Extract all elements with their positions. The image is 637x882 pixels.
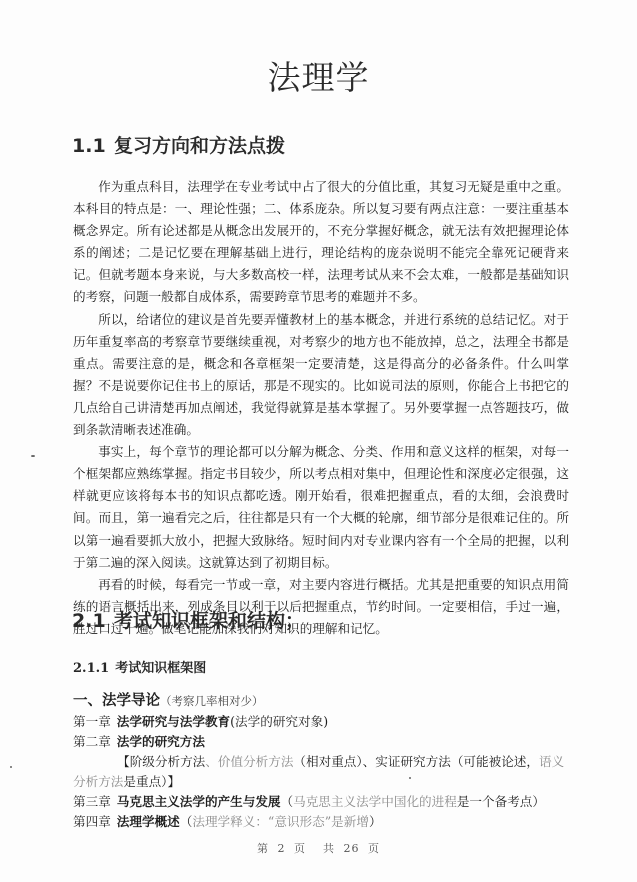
subsection-title: 考试知识框架图 — [115, 661, 206, 676]
method-value-analysis: 价值分析方法 — [218, 754, 294, 769]
chapter-title: 法理学概述 — [117, 814, 180, 829]
scan-speck — [409, 777, 411, 779]
chapter-title: 法学研究与法学教育 — [117, 714, 230, 729]
part-note: （考察几率相对少） — [160, 694, 264, 708]
chapter-note-faded: 马克思主义法学中国化的进程 — [293, 794, 457, 809]
method-notes: （相对重点）、实证研究方法（可能被论述， — [293, 754, 539, 769]
document-title: 法理学 — [0, 52, 637, 99]
section-1-1-body: 作为重点科目，法理学在专业考试中占了很大的分值比重，其复习无疑是重中之重。本科目… — [73, 176, 569, 640]
chapter-note-close: ） — [369, 814, 382, 829]
page-number: 第 2 页 — [257, 842, 306, 855]
subsection-number: 2.1.1 — [73, 661, 109, 676]
section-number: 2.1 — [72, 610, 114, 632]
page-footer: 第 2 页 共 26 页 — [0, 840, 637, 856]
outline-chapter-3: 第三章马克思主义法学的产生与发展（马克思主义法学中国化的进程是一个备考点） — [73, 792, 573, 812]
paragraph: 所以，给诸位的建议是首先要弄懂教材上的基本概念，并进行系统的总结记忆。对于历年重… — [73, 309, 569, 442]
chapter-note-open: （ — [281, 794, 294, 809]
chapter-label: 第二章 — [73, 732, 111, 752]
paragraph: 作为重点科目，法理学在专业考试中占了很大的分值比重，其复习无疑是重中之重。本科目… — [73, 176, 569, 309]
outline-part-title: 一、法学导论（考察几率相对少） — [73, 691, 573, 711]
knowledge-outline: 一、法学导论（考察几率相对少） 第一章法学研究与法学教育(法学的研究对象) 第二… — [73, 691, 573, 832]
section-title: 复习方向和方法点拨 — [114, 135, 285, 157]
scan-speck — [31, 455, 35, 457]
bracket-open: 【 — [117, 754, 130, 769]
subsection-heading-2-1-1: 2.1.1考试知识框架图 — [73, 657, 206, 676]
outline-chapter-4: 第四章法理学概述（法理学释义：“意识形态”是新增） — [73, 812, 573, 832]
page-total: 共 26 页 — [323, 842, 380, 855]
chapter-title: 马克思主义法学的产生与发展 — [117, 794, 281, 809]
bracket-close: 是重点）】 — [123, 774, 180, 789]
chapter-label: 第三章 — [73, 792, 111, 812]
outline-chapter-2: 第二章法学的研究方法 — [73, 732, 573, 752]
chapter-label: 第一章 — [73, 712, 111, 732]
scan-speck — [10, 766, 12, 768]
outline-chapter-2-detail: 【阶级分析方法、价值分析方法（相对重点）、实证研究方法（可能被论述，语义分析方法… — [73, 752, 573, 792]
chapter-label: 第四章 — [73, 812, 111, 832]
separator: 、 — [205, 754, 218, 769]
chapter-note: (法学的研究对象) — [230, 714, 328, 729]
document-page: 法理学 1.1复习方向和方法点拨 作为重点科目，法理学在专业考试中占了很大的分值… — [0, 0, 637, 882]
chapter-note-close: 是一个备考点） — [457, 794, 545, 809]
paragraph: 事实上，每个章节的理论都可以分解为概念、分类、作用和意义这样的框架，对每一个框架… — [73, 441, 569, 574]
outline-chapter-1: 第一章法学研究与法学教育(法学的研究对象) — [73, 712, 573, 732]
section-number: 1.1 — [72, 135, 114, 157]
method-class-analysis: 阶级分析方法 — [130, 754, 206, 769]
chapter-title: 法学的研究方法 — [117, 734, 205, 749]
chapter-note-faded: 法理学释义：“意识形态”是新增 — [192, 814, 369, 829]
chapter-note-open: （ — [180, 814, 193, 829]
section-heading-2-1: 2.1考试知识框架和结构； — [72, 606, 304, 633]
section-title: 考试知识框架和结构； — [114, 610, 304, 632]
part-title: 一、法学导论 — [73, 692, 160, 709]
section-heading-1-1: 1.1复习方向和方法点拨 — [72, 131, 285, 158]
